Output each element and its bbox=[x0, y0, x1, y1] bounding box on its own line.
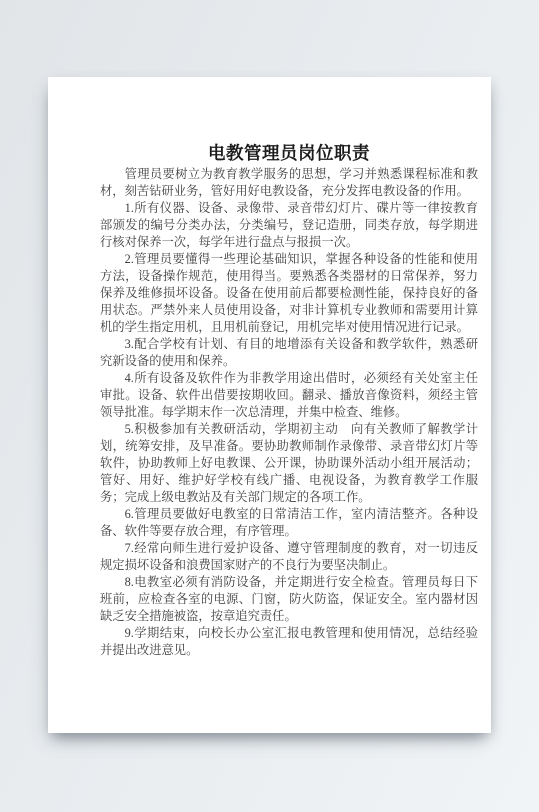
duty-item-9: 9.学期结束，向校长办公室汇报电教管理和使用情况，总结经验并提出改进意见。 bbox=[100, 625, 478, 659]
document-body: 管理员要树立为教育教学服务的思想，学习并熟悉课程标准和教材，刻苦钻研业务，管好用… bbox=[100, 166, 478, 659]
duty-item-8: 8.电教室必须有消防设备，并定期进行安全检查。管理员每日下班前，应检查各室的电源… bbox=[100, 574, 478, 625]
duty-item-7: 7.经常向师生进行爱护设备、遵守管理制度的教育，对一切违反规定损坏设备和浪费国家… bbox=[100, 540, 478, 574]
document-page: 电教管理员岗位职责 管理员要树立为教育教学服务的思想，学习并熟悉课程标准和教材，… bbox=[48, 77, 491, 733]
duty-item-6: 6.管理员要做好电教室的日常清洁工作，室内清洁整齐。各种设备、软件等要存放合理，… bbox=[100, 506, 478, 540]
intro-paragraph: 管理员要树立为教育教学服务的思想，学习并熟悉课程标准和教材，刻苦钻研业务，管好用… bbox=[100, 166, 478, 200]
duty-item-3: 3.配合学校有计划、有目的地增添有关设备和教学软件，熟悉研究新设备的使用和保养。 bbox=[100, 336, 478, 370]
duty-item-4: 4.所有设备及软件作为非教学用途出借时，必须经有关处室主任审批。设备、软件出借要… bbox=[100, 370, 478, 421]
duty-item-2: 2.管理员要懂得一些理论基础知识，掌握各种设备的性能和使用方法，设备操作规范，使… bbox=[100, 251, 478, 336]
duty-item-1: 1.所有仪器、设备、录像带、录音带幻灯片、碟片等一律按教育部颁发的编号分类办法，… bbox=[100, 200, 478, 251]
document-title: 电教管理员岗位职责 bbox=[100, 142, 478, 164]
duty-item-5: 5.积极参加有关教研活动，学期初主动 向有关教师了解教学计划，统筹安排，及早准备… bbox=[100, 421, 478, 506]
